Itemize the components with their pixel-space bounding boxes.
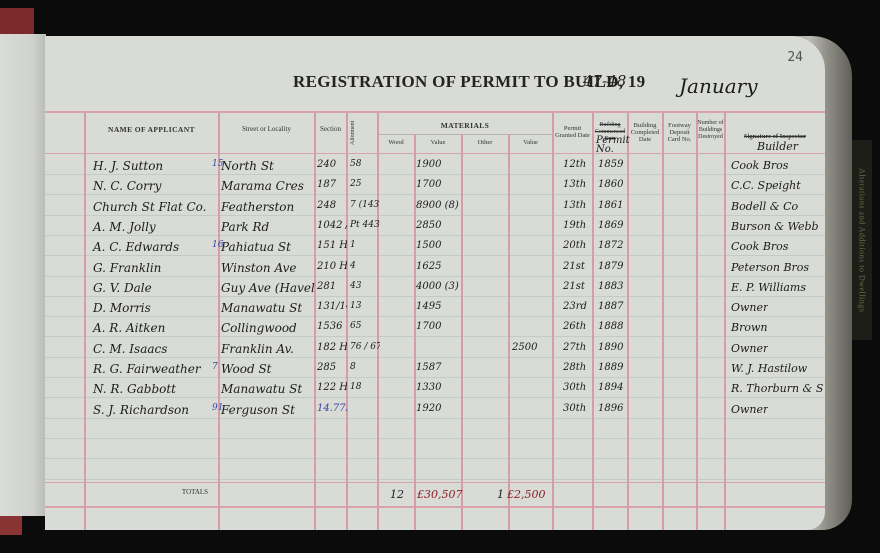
permit-number: 1859 xyxy=(598,159,623,170)
title-year: 47-48 xyxy=(583,72,626,90)
header-materials: MATERIALS xyxy=(378,122,552,129)
applicant-name: H. J. Sutton xyxy=(93,159,163,173)
section-value: 131/141 H xyxy=(317,301,347,312)
wood-value: 1700 xyxy=(416,321,441,332)
section-value: 151 H xyxy=(317,240,347,251)
totals-wood-count: 12 xyxy=(390,488,404,501)
allotment-value: 8 xyxy=(350,362,356,372)
granted-date: 21st xyxy=(563,261,585,272)
street-name: Manawatu St xyxy=(221,301,302,315)
wood-value: 1900 xyxy=(416,159,441,170)
wood-value: 1495 xyxy=(416,301,441,312)
allotment-value: 25 xyxy=(350,179,361,189)
header-other: Other xyxy=(462,139,508,146)
ruled-line xyxy=(45,438,825,439)
header-permit-no: Permit No. xyxy=(596,136,626,154)
table-row[interactable]: G. V. DaleGuy Ave (Havelock St struck)28… xyxy=(45,278,825,298)
header-street: Street or Locality xyxy=(219,126,314,133)
street-name: Pahiatua St xyxy=(221,240,291,254)
applicant-name: A. R. Aitken xyxy=(93,321,165,335)
street-name: Featherston xyxy=(221,200,294,214)
totals-top-rule xyxy=(45,482,825,483)
street-number: 7 xyxy=(212,362,218,372)
ledger-page: 24 REGISTRATION OF PERMIT TO BUILD, 19 4… xyxy=(45,36,825,530)
section-value: 248 xyxy=(317,200,336,211)
section-value: 240 xyxy=(317,159,336,170)
totals-other-count: 1 xyxy=(497,488,504,501)
section-value: 14.775 xyxy=(317,403,347,414)
permit-number: 1888 xyxy=(598,321,623,332)
allotment-value: 18 xyxy=(350,382,361,392)
permit-number: 1890 xyxy=(598,342,623,353)
wood-value: 1700 xyxy=(416,179,441,190)
applicant-name: S. J. Richardson xyxy=(93,403,189,417)
header-wood: Wood xyxy=(378,139,414,146)
totals-bottom-rule xyxy=(45,506,825,508)
totals-other-value: £2,500 xyxy=(507,488,546,501)
builder-name: Bodell & Co xyxy=(731,200,798,213)
section-value: 182 H xyxy=(317,342,347,353)
street-name: North St xyxy=(221,159,274,173)
table-row[interactable]: C. M. IsaacsFranklin Av.182 H76 / 672500… xyxy=(45,339,825,359)
street-name: Manawatu St xyxy=(221,382,302,396)
allotment-value: 13 xyxy=(350,301,361,311)
builder-name: Brown xyxy=(731,321,767,334)
street-name: Guy Ave (Havelock St struck) xyxy=(221,281,315,295)
header-buildings-destroyed: Number of Buildings Destroyed xyxy=(697,120,724,141)
materials-divider xyxy=(378,134,553,135)
allotment-value: 58 xyxy=(350,159,361,169)
other-value: 2500 xyxy=(512,342,537,353)
section-value: 187 xyxy=(317,179,336,190)
applicant-name: A. M. Jolly xyxy=(93,220,156,234)
section-value: 281 xyxy=(317,281,336,292)
table-row[interactable]: S. J. Richardson91Ferguson St14.77519203… xyxy=(45,400,825,420)
table-row[interactable]: A. R. AitkenCollingwood153665170026th188… xyxy=(45,318,825,338)
granted-date: 20th xyxy=(563,240,586,251)
table-row[interactable]: A. M. JollyPark Rd1042 / 1040Pt 44328501… xyxy=(45,217,825,237)
wood-value: 1625 xyxy=(416,261,441,272)
wood-value: 4000 (3) xyxy=(416,281,459,292)
granted-date: 13th xyxy=(563,179,586,190)
header-builder: Builder xyxy=(757,140,798,153)
granted-date: 12th xyxy=(563,159,586,170)
wood-value: 1500 xyxy=(416,240,441,251)
header-top-rule xyxy=(45,111,825,113)
granted-date: 30th xyxy=(563,403,586,414)
section-value: 1042 / 1040 xyxy=(317,220,347,231)
applicant-name: G. Franklin xyxy=(93,261,161,275)
permit-number: 1889 xyxy=(598,362,623,373)
builder-name: C.C. Speight xyxy=(731,179,801,192)
applicant-name: G. V. Dale xyxy=(93,281,152,295)
totals-wood-value: £30,507 xyxy=(417,488,463,501)
permit-number: 1883 xyxy=(598,281,623,292)
table-row[interactable]: D. MorrisManawatu St131/141 H13149523rd1… xyxy=(45,298,825,318)
permit-number: 1879 xyxy=(598,261,623,272)
street-name: Wood St xyxy=(221,362,272,376)
builder-name: Owner xyxy=(731,301,768,314)
applicant-name: N. C. Corry xyxy=(93,179,161,193)
permit-number: 1861 xyxy=(598,200,623,211)
granted-date: 19th xyxy=(563,220,586,231)
header-other-value: Value xyxy=(509,139,552,146)
header-permit-granted: Permit Granted Date xyxy=(553,125,592,139)
allotment-value: 7 (143 struck) xyxy=(350,200,380,210)
builder-name: Owner xyxy=(731,403,768,416)
wood-value: 1587 xyxy=(416,362,441,373)
granted-date: 13th xyxy=(563,200,586,211)
granted-date: 21st xyxy=(563,281,585,292)
table-row[interactable]: Church St Flat Co.Featherston2487 (143 s… xyxy=(45,197,825,217)
builder-name: Owner xyxy=(731,342,768,355)
builder-name: E. P. Williams xyxy=(731,281,806,294)
allotment-value: Pt 443 xyxy=(350,220,380,230)
title-month: January xyxy=(679,74,758,98)
section-value: 1536 xyxy=(317,321,342,332)
table-row[interactable]: H. J. Sutton15North St24058190012th1859C… xyxy=(45,156,825,176)
header-signature: Signature of Inspector xyxy=(725,133,825,140)
builder-name: Cook Bros xyxy=(731,240,788,253)
allotment-value: 1 xyxy=(350,240,356,250)
ruled-line xyxy=(45,458,825,459)
builder-name: R. Thorburn & Sons xyxy=(731,382,823,395)
header-footway-deposit: Footway Deposit Card No. xyxy=(663,122,696,143)
permit-number: 1869 xyxy=(598,220,623,231)
applicant-name: N. R. Gabbott xyxy=(93,382,176,396)
table-row[interactable]: A. C. Edwards16Pahiatua St151 H1150020th… xyxy=(45,237,825,257)
builder-name: Cook Bros xyxy=(731,159,788,172)
applicant-name: D. Morris xyxy=(93,301,151,315)
allotment-value: 4 xyxy=(350,261,356,271)
totals-label: TOTALS xyxy=(145,489,245,496)
street-name: Collingwood xyxy=(221,321,297,335)
section-value: 210 H xyxy=(317,261,347,272)
wood-value: 1920 xyxy=(416,403,441,414)
street-name: Park Rd xyxy=(221,220,269,234)
builder-name: W. J. Hastilow xyxy=(731,362,807,375)
page-number: 24 xyxy=(787,50,803,65)
granted-date: 23rd xyxy=(563,301,587,312)
applicant-name: R. G. Fairweather xyxy=(93,362,201,376)
permit-number: 1860 xyxy=(598,179,623,190)
street-name: Ferguson St xyxy=(221,403,295,417)
granted-date: 27th xyxy=(563,342,586,353)
allotment-value: 76 / 67 xyxy=(350,342,380,352)
builder-name: Burson & Webb xyxy=(731,220,819,233)
granted-date: 30th xyxy=(563,382,586,393)
allotment-value: 43 xyxy=(350,281,361,291)
header-wood-value: Value xyxy=(415,139,461,146)
applicant-name: Church St Flat Co. xyxy=(93,200,206,214)
header-allotment: Allotment xyxy=(350,116,372,150)
table-row[interactable]: N. C. CorryMarama Cres18725170013th1860C… xyxy=(45,176,825,196)
left-page-edge xyxy=(0,34,46,516)
applicant-name: A. C. Edwards xyxy=(93,240,179,254)
wood-value: 2850 xyxy=(416,220,441,231)
permit-number: 1887 xyxy=(598,301,623,312)
wood-value: 1330 xyxy=(416,382,441,393)
allotment-value: 65 xyxy=(350,321,361,331)
index-tab[interactable]: Alterations and Additions to Dwellings xyxy=(852,140,872,340)
street-name: Winston Ave xyxy=(221,261,297,275)
granted-date: 26th xyxy=(563,321,586,332)
header-building-completed: Building Completed Date xyxy=(628,122,662,143)
applicant-name: C. M. Isaacs xyxy=(93,342,167,356)
permit-number: 1872 xyxy=(598,240,623,251)
builder-name: Peterson Bros xyxy=(731,261,809,274)
header-name: NAME OF APPLICANT xyxy=(85,126,218,133)
header-bottom-rule xyxy=(45,153,825,154)
table-row[interactable]: G. FranklinWinston Ave210 H4162521st1879… xyxy=(45,258,825,278)
wood-value: 8900 (8) xyxy=(416,200,459,211)
permit-number: 1894 xyxy=(598,382,623,393)
book-cover-corner-bottom xyxy=(0,515,22,535)
section-value: 285 xyxy=(317,362,336,373)
table-row[interactable]: R. G. Fairweather7Wood St2858158728th188… xyxy=(45,359,825,379)
street-name: Franklin Av. xyxy=(221,342,294,356)
granted-date: 28th xyxy=(563,362,586,373)
table-row[interactable]: N. R. GabbottManawatu St122 H18133030th1… xyxy=(45,379,825,399)
section-value: 122 H xyxy=(317,382,347,393)
header-section: Section xyxy=(315,126,346,133)
ruled-line xyxy=(45,479,825,480)
permit-number: 1896 xyxy=(598,403,623,414)
street-name: Marama Cres xyxy=(221,179,304,193)
